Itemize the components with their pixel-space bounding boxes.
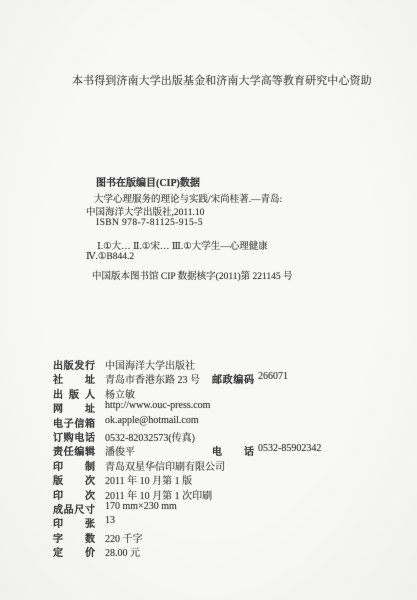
row-value: 中国海洋大学出版社	[105, 357, 195, 372]
colophon-row-website: 网址 http://www.ouc-press.com	[53, 400, 405, 414]
row-label: 印张	[53, 515, 95, 530]
row-label: 社址	[53, 371, 95, 386]
row-value: 2011 年 10 月第 1 次印刷	[105, 487, 212, 502]
cip-title-line: 大学心理服务的理论与实践/宋尚桂著.—青岛:	[94, 191, 282, 205]
row-label: 责任编辑	[53, 443, 95, 458]
row-value: 13	[105, 515, 115, 526]
row-label: 出版人	[53, 386, 95, 401]
colophon-row-word-count: 字数 220 千字	[53, 530, 405, 544]
cip-classification-line-1: Ⅰ.①大… Ⅱ.①宋… Ⅲ.①大学生—心理健康	[97, 238, 268, 252]
row-label: 字数	[53, 530, 95, 545]
row-label-postcode: 邮政编码	[212, 371, 254, 386]
row-label: 订购电话	[53, 429, 95, 444]
row-value: 0532-82032573(传真)	[105, 429, 195, 444]
colophon-block: 出版发行 中国海洋大学出版社 社址 青岛市香港东路 23 号 邮政编码 2660…	[53, 357, 405, 558]
row-label: 成品尺寸	[53, 501, 95, 516]
cip-heading: 图书在版编目(CIP)数据	[96, 174, 200, 189]
colophon-row-publisher: 出版发行 中国海洋大学出版社	[53, 357, 405, 371]
row-value: 2011 年 10 月第 1 版	[105, 472, 192, 487]
row-value-postcode: 266071	[258, 371, 288, 382]
row-label: 版次	[53, 472, 95, 487]
row-label: 印制	[53, 458, 95, 473]
row-value-phone: 0532-85902342	[258, 443, 321, 454]
row-label: 定价	[53, 544, 95, 559]
row-label: 印次	[53, 487, 95, 502]
cip-isbn: ISBN 978-7-81125-915-5	[96, 218, 203, 228]
row-value: 170 mm×230 mm	[105, 501, 177, 512]
row-value: 潘俊平	[105, 443, 135, 458]
colophon-row-editor: 责任编辑 潘俊平 电话 0532-85902342	[53, 443, 405, 457]
colophon-row-size: 成品尺寸 170 mm×230 mm	[53, 501, 405, 515]
colophon-row-edition: 版次 2011 年 10 月第 1 版	[53, 472, 405, 486]
row-value: 28.00 元	[105, 544, 140, 559]
cip-publisher-line: 中国海洋大学出版社,2011.10	[86, 204, 204, 218]
row-label-phone: 电话	[212, 443, 254, 458]
colophon-row-address: 社址 青岛市香港东路 23 号 邮政编码 266071	[53, 371, 405, 385]
funding-note: 本书得到济南大学出版基金和济南大学高等教育研究中心资助	[72, 72, 372, 88]
row-value: http://www.ouc-press.com	[105, 400, 210, 411]
row-value: 青岛双星华信印刷有限公司	[105, 458, 225, 473]
colophon-row-printer: 印制 青岛双星华信印刷有限公司	[53, 458, 405, 472]
cip-classification-line-2: Ⅳ.①B844.2	[86, 251, 134, 262]
row-value: ok.apple@hotmail.com	[105, 415, 199, 426]
row-value: 青岛市香港东路 23 号	[105, 371, 200, 386]
colophon-row-publisher-person: 出版人 杨立敏	[53, 386, 405, 400]
row-label: 电子信箱	[53, 415, 95, 430]
row-label: 出版发行	[53, 357, 95, 372]
colophon-row-order-phone: 订购电话 0532-82032573(传真)	[53, 429, 405, 443]
cip-record-number: 中国版本图书馆 CIP 数据核字(2011)第 221145 号	[92, 268, 293, 282]
row-value: 杨立敏	[105, 386, 135, 401]
colophon-row-email: 电子信箱 ok.apple@hotmail.com	[53, 415, 405, 429]
copyright-page: 本书得到济南大学出版基金和济南大学高等教育研究中心资助 图书在版编目(CIP)数…	[0, 0, 417, 600]
colophon-row-price: 定价 28.00 元	[53, 544, 405, 558]
colophon-row-sheets: 印张 13	[53, 515, 405, 529]
colophon-row-impression: 印次 2011 年 10 月第 1 次印刷	[53, 487, 405, 501]
row-value: 220 千字	[105, 530, 143, 545]
row-label: 网址	[53, 400, 95, 415]
